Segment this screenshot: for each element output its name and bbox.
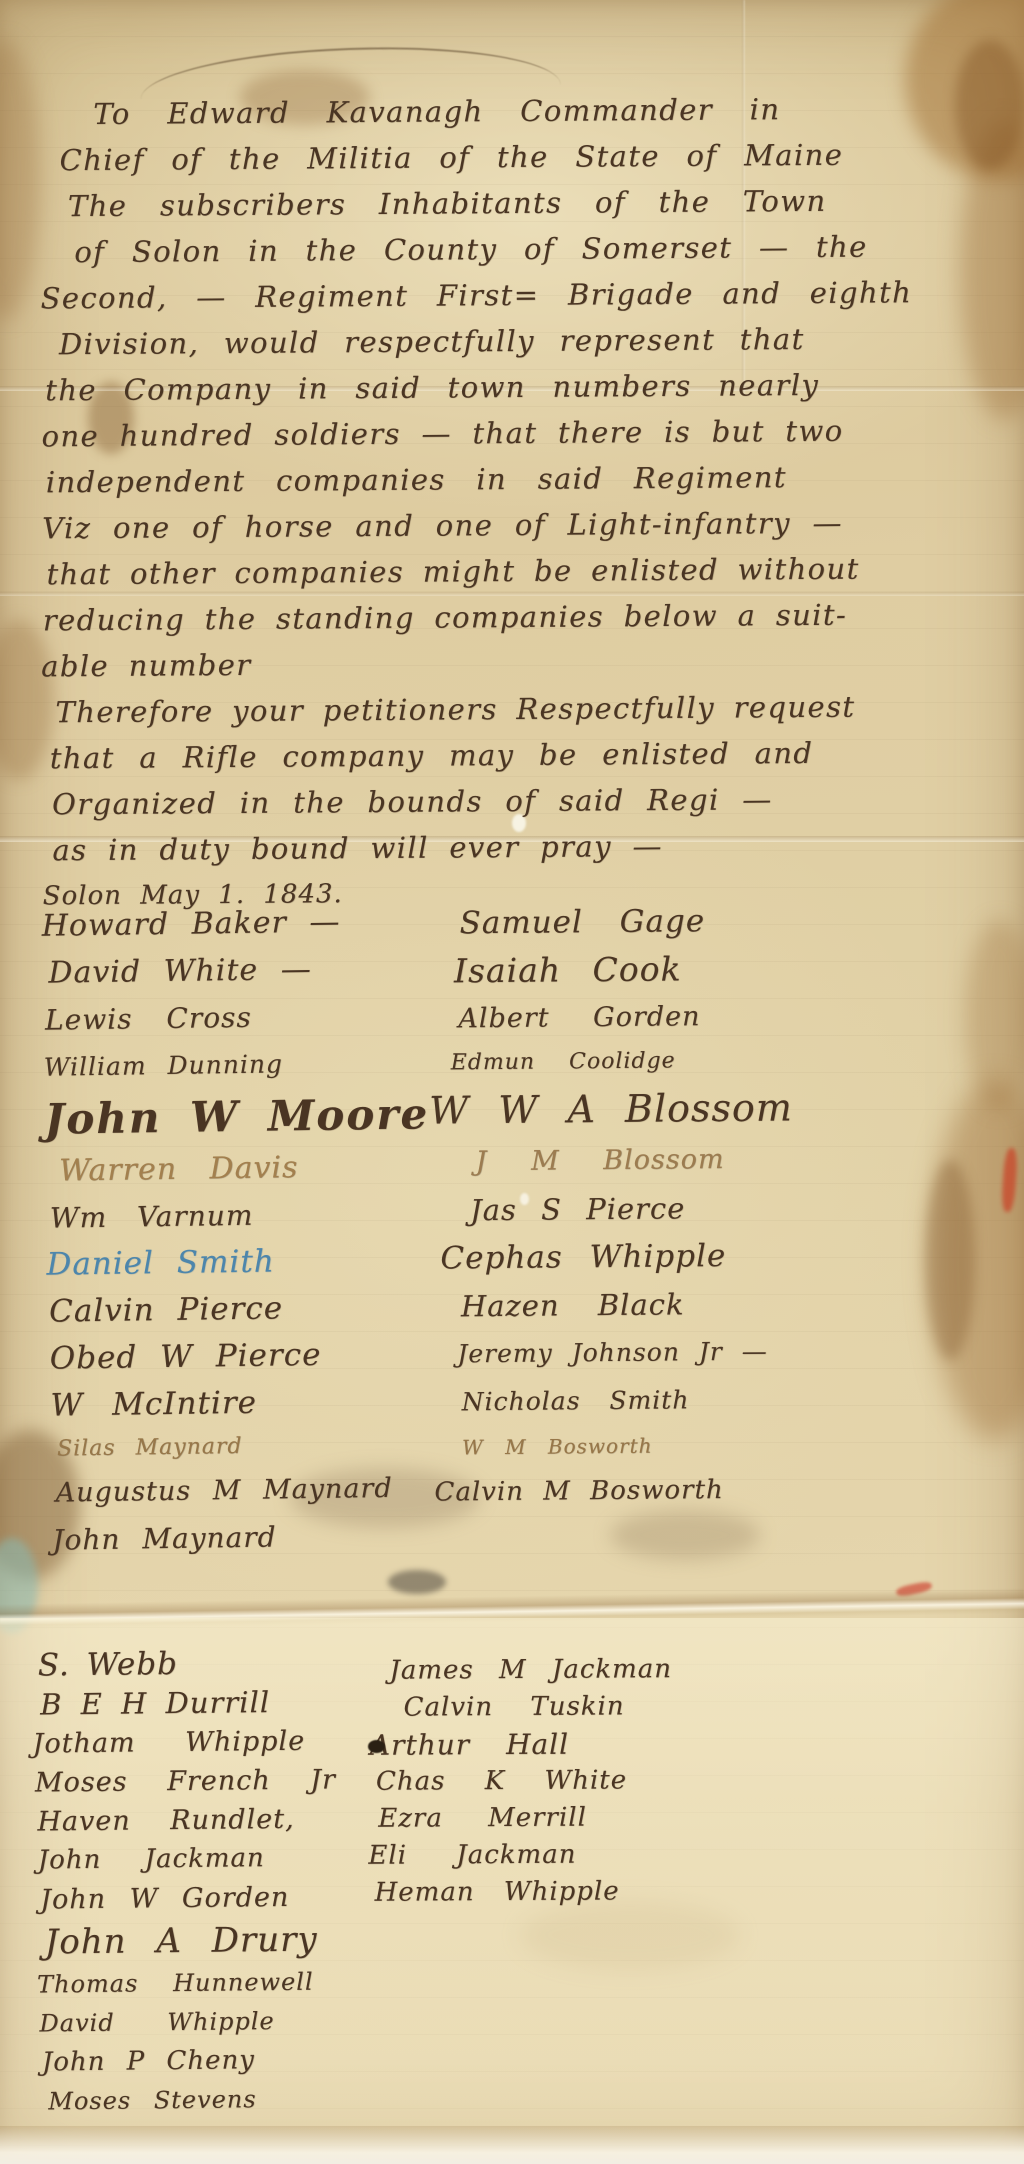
petition-line: of Solon in the County of Somerset — the	[74, 223, 998, 275]
signature: Moses Stevens	[48, 2079, 339, 2121]
petition-line: The subscribers Inhabitants of the Town	[68, 177, 998, 229]
signature-column-1-right: Samuel Gage Isaiah Cook Albert Gorden Ed…	[427, 896, 796, 1516]
signature: John A Drury	[44, 1916, 337, 1965]
signature: Calvin Tuskin	[404, 1688, 673, 1726]
signature: John Jackman	[38, 1838, 337, 1880]
petition-line: Viz one of horse and one of Light-infant…	[42, 499, 1000, 552]
petition-line: one hundred soldiers — that there is but…	[41, 407, 999, 460]
petition-line: that a Rifle company may be enlisted and	[50, 729, 1002, 782]
petition-line: as in duty bound will ever pray —	[52, 821, 1002, 874]
signature: Jeremy Johnson Jr —	[457, 1327, 795, 1378]
petition-line: the Company in said town numbers nearly	[45, 361, 999, 414]
petition-line: Organized in the bounds of said Regi —	[52, 775, 1002, 828]
signature: Calvin Pierce	[49, 1283, 432, 1335]
petition-line: Second, — Regiment First= Brigade and ei…	[40, 269, 998, 322]
signature: Eli Jackman	[368, 1836, 673, 1875]
petition-text: To Edward Kavanagh Commander in Chief of…	[37, 85, 1003, 920]
petition-line: independent companies in said Regiment	[46, 453, 1000, 506]
petition-line: To Edward Kavanagh Commander in	[93, 85, 997, 137]
signature: Thomas Hunnewell	[37, 1962, 338, 2004]
signature: David Whipple	[39, 2001, 338, 2043]
signature: Haven Rundlet,	[37, 1799, 336, 1841]
signature: Warren Davis	[59, 1142, 430, 1194]
signature: Samuel Gage	[459, 896, 791, 947]
signature: Chas K White	[376, 1762, 673, 1801]
petition-line: Chief of the Militia of the State of Mai…	[59, 131, 997, 184]
signature: Jas S Pierce	[470, 1183, 794, 1234]
signature: Augustus M Maynard	[55, 1464, 434, 1516]
signature: James M Jackman	[389, 1651, 672, 1689]
signature: W W A Blossom	[429, 1080, 793, 1138]
ink-blot	[368, 1740, 385, 1753]
signature-column-2-right: James M Jackman Calvin Tuskin Arthur Hal…	[355, 1651, 673, 1912]
signature: Cephas Whipple	[440, 1231, 794, 1282]
signature: John W Moore	[44, 1085, 430, 1147]
signature: John Maynard	[52, 1511, 435, 1563]
signature-column-1-left: Howard Baker — David White — Lewis Cross…	[41, 897, 435, 1563]
signature: Obed W Pierce	[49, 1330, 432, 1382]
signature: Albert Gorden	[458, 992, 792, 1043]
signature: Silas Maynard	[57, 1424, 434, 1469]
petition-line: Division, would respectfully represent t…	[59, 315, 999, 368]
signature: Nicholas Smith	[461, 1375, 795, 1426]
signature: John W Gorden	[40, 1877, 337, 1919]
signature: Moses French Jr	[35, 1760, 336, 1802]
signature: Heman Whipple	[374, 1873, 673, 1912]
signature: J M Blossom	[475, 1135, 793, 1186]
signature: Howard Baker —	[41, 897, 426, 949]
signature: William Dunning	[43, 1038, 428, 1090]
signature: Edmun Coolidge	[451, 1040, 793, 1083]
petition-line: able number	[41, 637, 1001, 690]
signature: Arthur Hall	[370, 1725, 673, 1764]
signature-column-2-left: S. Webb B E H Durrill Jotham Whipple Mos…	[28, 1643, 340, 2121]
signature: Lewis Cross	[45, 991, 428, 1043]
signature: B E H Durrill	[40, 1682, 335, 1724]
signature: Isaiah Cook	[454, 944, 792, 995]
petition-line: Therefore your petitioners Respectfully …	[55, 683, 1001, 736]
signature: Ezra Merrill	[378, 1799, 673, 1838]
signature: W McIntire	[50, 1377, 433, 1429]
signature: Hazen Black	[461, 1279, 795, 1330]
signature-blue-ink: Daniel Smith	[46, 1236, 431, 1288]
signature: Jotham Whipple	[32, 1721, 335, 1763]
petition-line: reducing the standing companies below a …	[43, 591, 1001, 644]
signature: S. Webb	[38, 1643, 335, 1685]
petition-line: that other companies might be enlisted w…	[46, 545, 1000, 598]
signature: David White —	[48, 944, 427, 996]
signature: Calvin M Bosworth	[434, 1465, 796, 1516]
signature: John P Cheny	[42, 2040, 339, 2082]
signature: Wm Varnum	[49, 1189, 430, 1241]
signature: W M Bosworth	[462, 1423, 796, 1468]
document-page: To Edward Kavanagh Commander in Chief of…	[0, 0, 1024, 2164]
